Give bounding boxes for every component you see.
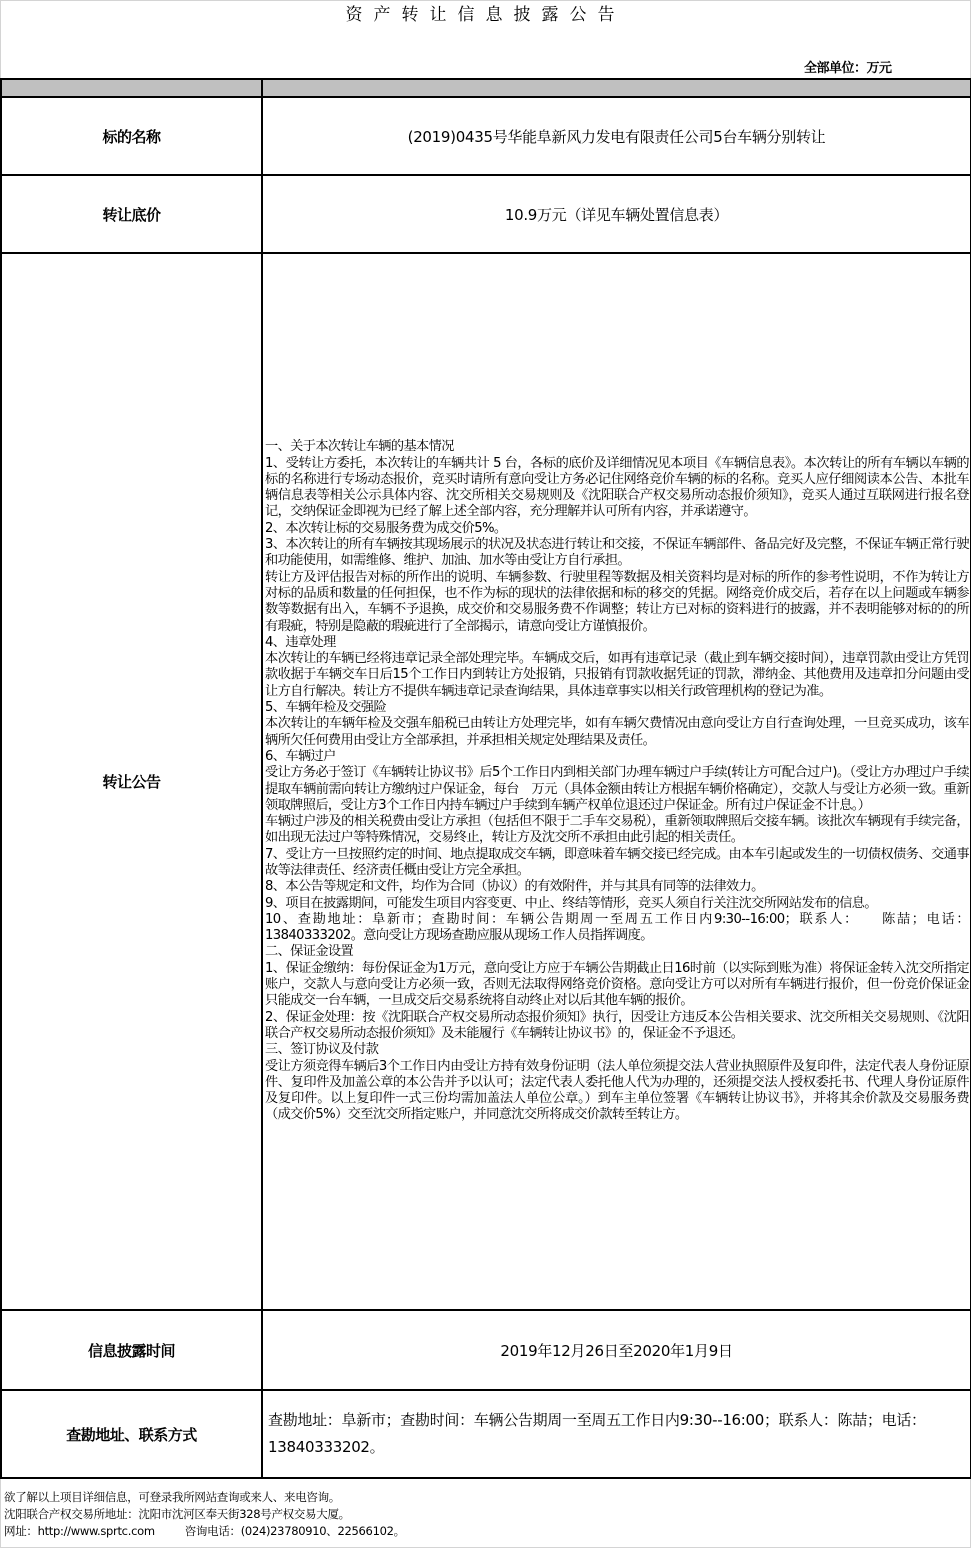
subject-name-value: (2019)0435号华能阜新风力发电有限责任公司5台车辆分别转让 [262, 97, 971, 175]
footer-contact-line: 网址：http://www.sprtc.com咨询电话：(024)2378091… [4, 1523, 964, 1540]
announcement-paragraph: 7、受让方一旦按照约定的时间、地点提取成交车辆，即意味着车辆交接已经完成。由本车… [265, 847, 969, 880]
announcement-paragraph: 1、受转让方委托，本次转让的车辆共计 5 台，各标的底价及详细情况见本项目《车辆… [265, 456, 969, 521]
announcement-paragraph: 本次转让的车辆年检及交强车船税已由转让方处理完毕，如有车辆欠费情况由意向受让方自… [265, 716, 969, 749]
announcement-paragraph: 受让方须竞得车辆后3个工作日内由受让方持有效身份证明（法人单位须提交法人营业执照… [265, 1059, 969, 1124]
announcement-paragraph: 1、保证金缴纳：每份保证金为1万元，意向受让方应于车辆公告期截止日16时前（以实… [265, 961, 969, 1010]
footer: 欲了解以上项目详细信息，可登录我所网站查询或来人、来电咨询。 沈阳联合产权交易所… [4, 1489, 964, 1540]
announcement-label: 转让公告 [1, 253, 262, 1310]
announcement-paragraph: 9、项目在披露期间，可能发生项目内容变更、中止、终结等情形，竞买人须自行关注沈交… [265, 896, 969, 912]
announcement-paragraph: 本次转让的车辆已经将违章记录全部处理完毕。车辆成交后，如再有违章记录（截止到车辆… [265, 651, 969, 700]
announcement-paragraph: 二、保证金设置 [265, 944, 969, 960]
table-row-subject-name: 标的名称 (2019)0435号华能阜新风力发电有限责任公司5台车辆分别转让 [1, 97, 971, 175]
announcement-paragraph: 2、保证金处理：按《沈阳联合产权交易所动态报价须知》执行，因受让方违反本公告相关… [265, 1010, 969, 1043]
announcement-paragraph: 转让方及评估报告对标的所作出的说明、车辆参数、行驶里程等数据及相关资料均是对标的… [265, 570, 969, 635]
table-row-disclosure-period: 信息披露时间 2019年12月26日至2020年1月9日 [1, 1310, 971, 1390]
table-row-inspection-contact: 查勘地址、联系方式 查勘地址：阜新市；查勘时间：车辆公告期周一至周五工作日内9:… [1, 1390, 971, 1478]
document-title: 资产转让信息披露公告 [0, 2, 971, 28]
disclosure-period-value: 2019年12月26日至2020年1月9日 [262, 1310, 971, 1390]
announcement-paragraph: 车辆过户涉及的相关税费由受让方承担（包括但不限于二手车交易税），重新领取牌照后交… [265, 814, 969, 847]
footer-address: 沈阳联合产权交易所地址：沈阳市沈河区奉天街328号产权交易大厦。 [4, 1506, 964, 1523]
reserve-price-label: 转让底价 [1, 175, 262, 253]
table-row-reserve-price: 转让底价 10.9万元（详见车辆处置信息表） [1, 175, 971, 253]
announcement-paragraph: 4、违章处理 [265, 635, 969, 651]
subject-name-label: 标的名称 [1, 97, 262, 175]
announcement-paragraph: 2、本次转让标的交易服务费为成交价5%。 [265, 521, 969, 537]
announcement-paragraph: 8、本公告等规定和文件，均作为合同（协议）的有效附件，并与其具有同等的法律效力。 [265, 879, 969, 895]
website-label: 网址： [4, 1524, 38, 1538]
phone-number: (024)23780910、22566102。 [241, 1524, 405, 1538]
website-link[interactable]: http://www.sprtc.com [38, 1524, 155, 1538]
header-cell-label [1, 79, 262, 97]
announcement-paragraph: 三、签订协议及付款 [265, 1042, 969, 1058]
announcement-paragraph: 受让方务必于签订《车辆转让协议书》后5个工作日内到相关部门办理车辆过户手续(转让… [265, 765, 969, 814]
footer-consult-note: 欲了解以上项目详细信息，可登录我所网站查询或来人、来电咨询。 [4, 1489, 964, 1506]
announcement-paragraph: 10、查勘地址：阜新市；查勘时间：车辆公告期周一至周五工作日内9:30--16:… [265, 912, 969, 945]
announcement-paragraph: 3、本次转让的所有车辆按其现场展示的状况及状态进行转让和交接，不保证车辆部件、备… [265, 537, 969, 570]
reserve-price-value: 10.9万元（详见车辆处置信息表） [262, 175, 971, 253]
header-cell-value [262, 79, 971, 97]
unit-label: 全部单位：万元 [804, 60, 944, 78]
inspection-contact-label: 查勘地址、联系方式 [1, 1390, 262, 1478]
inspection-contact-value: 查勘地址：阜新市；查勘时间：车辆公告期周一至周五工作日内9:30--16:00；… [262, 1390, 971, 1478]
announcement-paragraph: 一、关于本次转让车辆的基本情况 [265, 439, 969, 455]
announcement-body: 一、关于本次转让车辆的基本情况 1、受转让方委托，本次转让的车辆共计 5 台，各… [262, 253, 971, 1310]
disclosure-period-label: 信息披露时间 [1, 1310, 262, 1390]
announcement-paragraph: 5、车辆年检及交强险 [265, 700, 969, 716]
table-header-row [1, 79, 971, 97]
announcement-paragraph: 6、车辆过户 [265, 749, 969, 765]
table-row-announcement: 转让公告 一、关于本次转让车辆的基本情况 1、受转让方委托，本次转让的车辆共计 … [1, 253, 971, 1310]
disclosure-table: 标的名称 (2019)0435号华能阜新风力发电有限责任公司5台车辆分别转让 转… [0, 78, 971, 1479]
phone-label: 咨询电话： [185, 1524, 241, 1538]
